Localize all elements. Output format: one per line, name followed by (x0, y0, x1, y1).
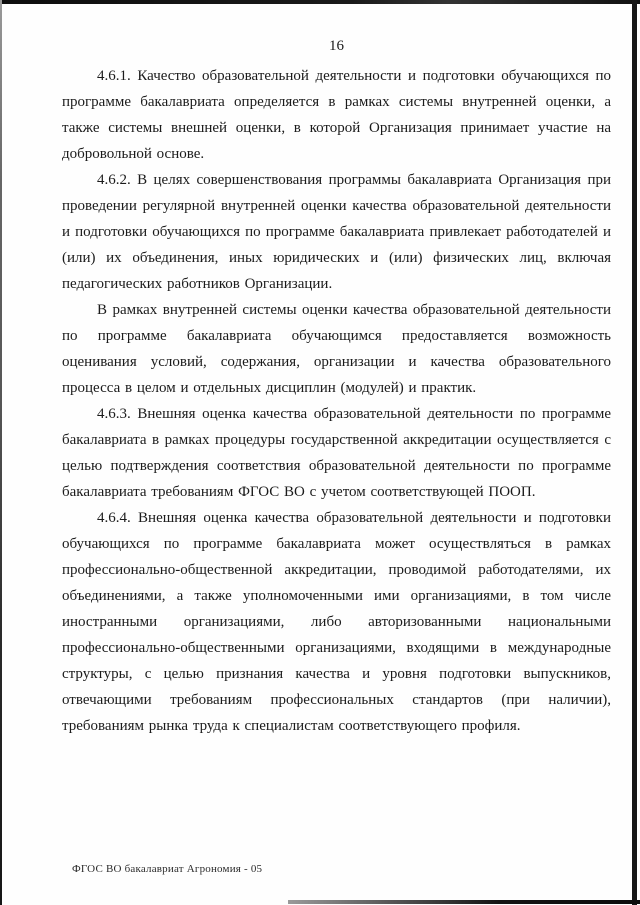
scan-border-right (632, 0, 637, 905)
scan-border-bottom (288, 900, 640, 904)
page-number: 16 (62, 37, 611, 55)
footer-label: ФГОС ВО бакалавриат Агрономия - 05 (72, 863, 262, 876)
document-page: 16 4.6.1. Качество образовательной деяте… (0, 0, 640, 905)
scan-border-left (0, 0, 2, 905)
scan-border-top (0, 0, 640, 4)
paragraph-4-6-1: 4.6.1. Качество образовательной деятельн… (62, 63, 611, 167)
paragraph-4-6-2: 4.6.2. В целях совершенствования програм… (62, 167, 611, 297)
paragraph-4-6-4: 4.6.4. Внешняя оценка качества образоват… (62, 505, 611, 739)
paragraph-internal-assessment: В рамках внутренней системы оценки качес… (62, 297, 611, 401)
paragraph-4-6-3: 4.6.3. Внешняя оценка качества образоват… (62, 401, 611, 505)
document-body: 4.6.1. Качество образовательной деятельн… (62, 63, 611, 739)
